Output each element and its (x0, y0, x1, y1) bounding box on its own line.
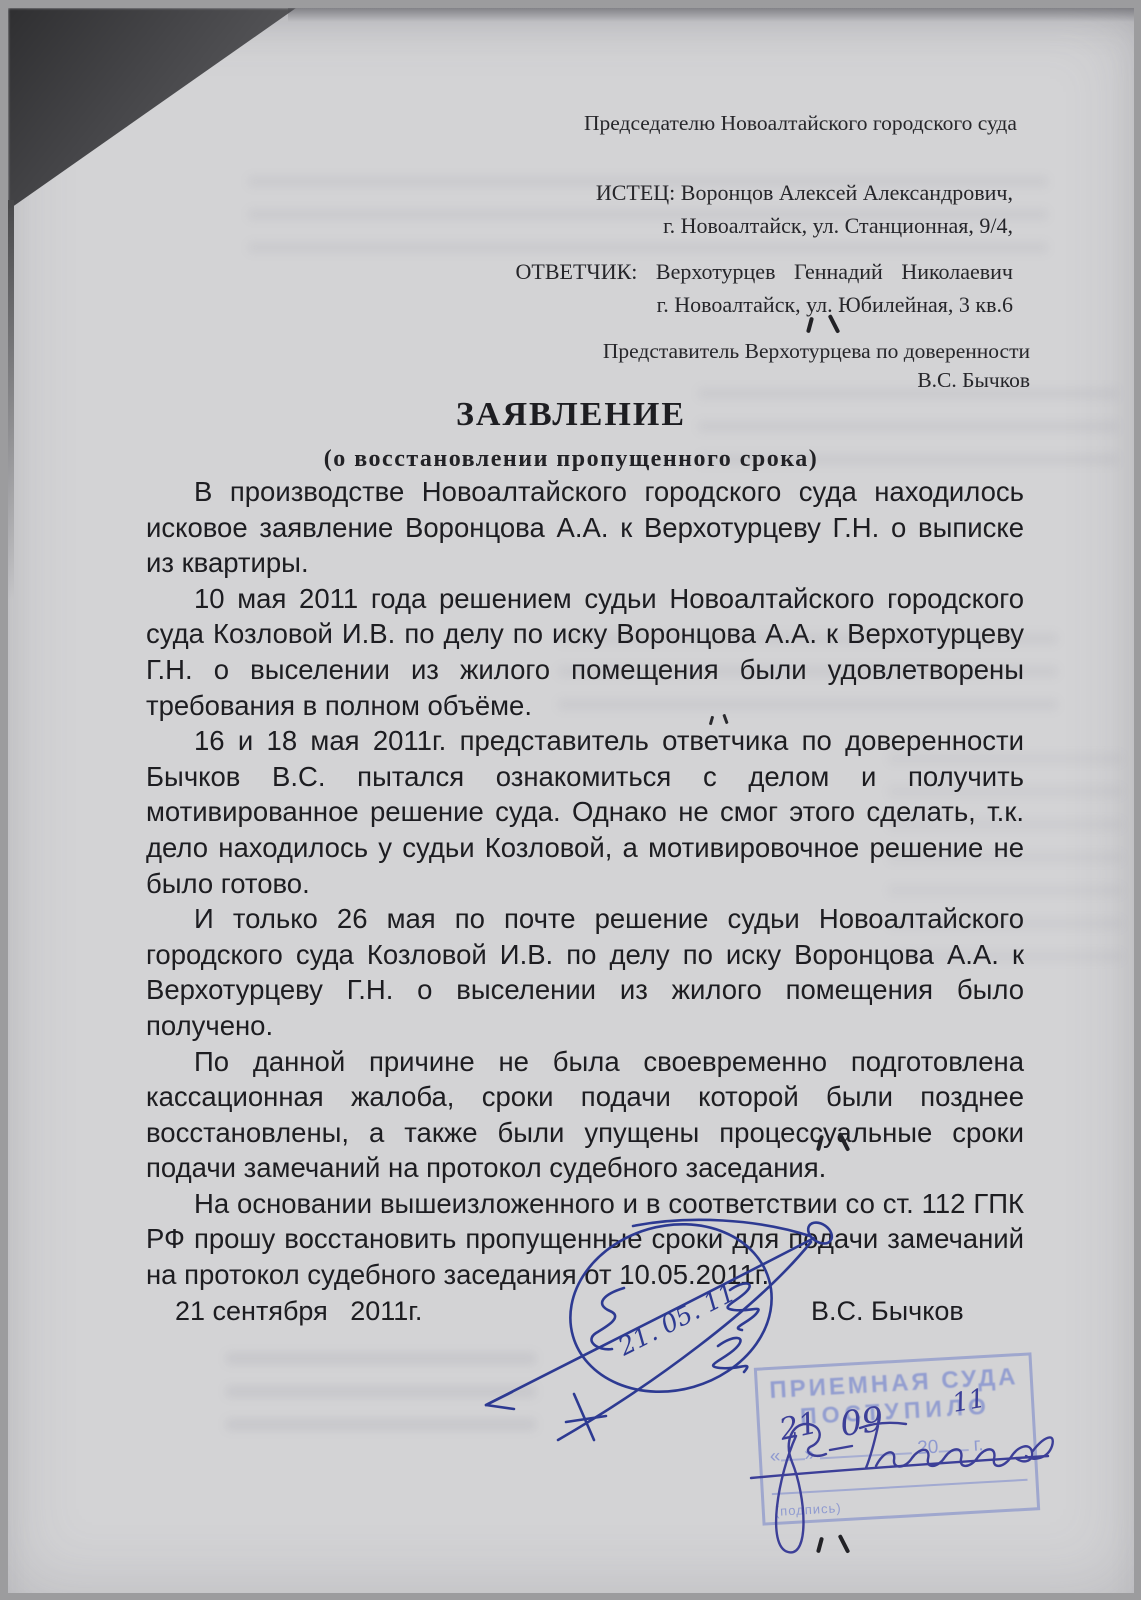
stamp-handwritten-month: 09 (838, 1399, 886, 1445)
defendant-block: ОТВЕТЧИК: Верхотурцев Геннадий Николаеви… (516, 255, 1013, 321)
defendant-name-line: ОТВЕТЧИК: Верхотурцев Геннадий Николаеви… (516, 255, 1013, 288)
representative-line: Представитель Верхотурцева по довереннос… (603, 337, 1030, 366)
pen-accent-marks (708, 714, 738, 726)
pen-check-marks (808, 1132, 856, 1158)
scanned-document-canvas: Председателю Новоалтайского городского с… (0, 0, 1141, 1600)
scan-corner-fold-artifact (8, 8, 296, 210)
document-subtitle: (о восстановлении пропущенного срока) (8, 446, 1134, 473)
plaintiff-name-line: ИСТЕЦ: Воронцов Алексей Александрович, (596, 176, 1013, 209)
scan-top-shadow (288, 8, 1134, 22)
addressee-line: Председателю Новоалтайского городского с… (584, 111, 1017, 136)
date-line: 21 сентября 2011г. (175, 1296, 422, 1327)
representative-name: В.С. Бычков (603, 366, 1030, 395)
handwritten-date: 21. 05. 11 (613, 1278, 740, 1362)
defendant-address-line: г. Новоалтайск, ул. Юбилейная, 3 кв.6 (516, 288, 1013, 321)
pen-check-marks (808, 1534, 856, 1560)
stamp-handwritten-year: 11 (950, 1384, 988, 1419)
plaintiff-address-line: г. Новоалтайск, ул. Станционная, 9/4, (596, 209, 1013, 242)
stamp-handwriting: 21 09 11 (726, 1366, 1071, 1581)
plaintiff-block: ИСТЕЦ: Воронцов Алексей Александрович, г… (596, 176, 1013, 242)
document-body: В производстве Новоалтайского городского… (146, 474, 1024, 1293)
paragraph: И только 26 мая по почте решение судьи Н… (146, 901, 1024, 1043)
representative-block: Представитель Верхотурцева по довереннос… (603, 337, 1030, 395)
document-title: ЗАЯВЛЕНИЕ (8, 396, 1134, 434)
document-page: Председателю Новоалтайского городского с… (8, 8, 1134, 1593)
paragraph: 10 мая 2011 года решением судьи Новоалта… (146, 581, 1024, 723)
paragraph: По данной причине не была своевременно п… (146, 1044, 1024, 1186)
paragraph: 16 и 18 мая 2011г. представитель ответчи… (146, 723, 1024, 901)
paragraph: В производстве Новоалтайского городского… (146, 474, 1024, 581)
date-strikethrough-stroke (633, 1220, 810, 1236)
